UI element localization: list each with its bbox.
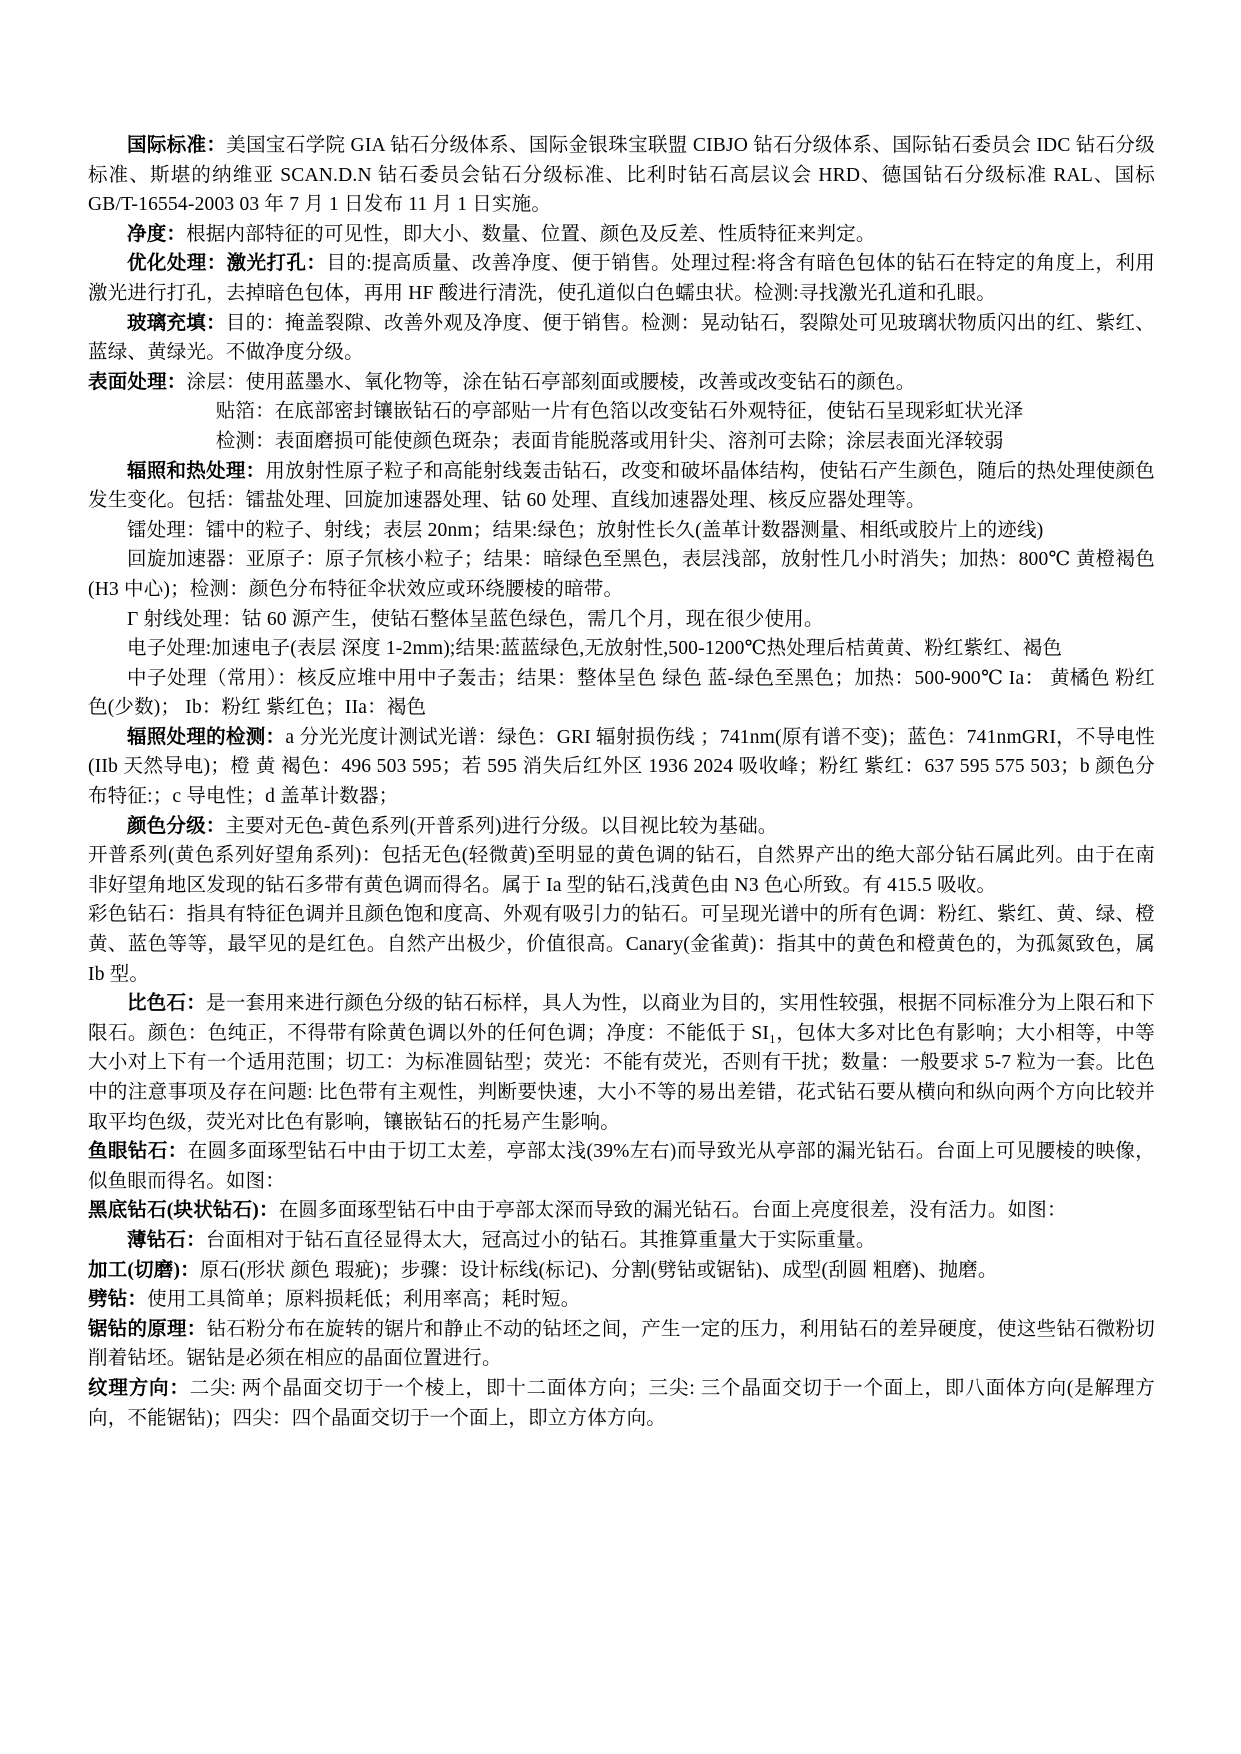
para-foil-backing: 贴箔：在底部密封镶嵌钻石的亭部贴一片有色箔以改变钻石外观特征，使钻石呈现彩虹状光… xyxy=(88,397,1155,427)
term-color-grading: 颜色分级： xyxy=(127,816,226,837)
para-text: 使用工具简单；原料损耗低；利用率高；耗时短。 xyxy=(147,1289,580,1310)
para-text: 检测：表面磨损可能使颜色斑杂；表面肯能脱落或用针尖、溶剂可去除；涂层表面光泽较弱 xyxy=(216,431,1004,452)
term-fisheye-diamond: 鱼眼钻石： xyxy=(88,1141,188,1162)
para-clarity: 净度：根据内部特征的可见性，即大小、数量、位置、颜色及反差、性质特征来判定。 xyxy=(88,220,1155,250)
para-radium-treatment: 镭处理：镭中的粒子、射线；表层 20nm；结果:绿色；放射性长久(盖革计数器测量… xyxy=(88,516,1155,546)
document-page: 国际标准：美国宝石学院 GIA 钻石分级体系、国际金银珠宝联盟 CIBJO 钻石… xyxy=(0,0,1241,1754)
term-sawing-principle: 锯钻的原理： xyxy=(88,1319,207,1340)
para-text: 原石(形状 颜色 瑕疵)；步骤：设计标线(标记)、分割(劈钻或锯钻)、成型(刮圆… xyxy=(200,1260,998,1281)
para-text: 是一套用来进行颜色分级的钻石标样，具人为性，以商业为目的，实用性较强，根据不同标… xyxy=(88,993,1155,1132)
term-master-stones: 比色石： xyxy=(127,993,206,1014)
term-irradiation-detection: 辐照处理的检测： xyxy=(127,727,285,748)
para-text: Γ 射线处理：钴 60 源产生，使钻石整体呈蓝色绿色，需几个月，现在很少使用。 xyxy=(127,609,824,630)
para-glass-filling: 玻璃充填：目的：掩盖裂隙、改善外观及净度、便于销售。检测：晃动钻石，裂隙处可见玻… xyxy=(88,309,1155,368)
para-neutron-treatment: 中子处理（常用）：核反应堆中用中子轰击；结果：整体呈色 绿色 蓝-绿色至黑色；加… xyxy=(88,664,1155,723)
para-text: 镭处理：镭中的粒子、射线；表层 20nm；结果:绿色；放射性长久(盖革计数器测量… xyxy=(127,520,1043,541)
para-surface-treatment-coating: 表面处理：涂层：使用蓝墨水、氧化物等，涂在钻石亭部刻面或腰棱，改善或改变钻石的颜… xyxy=(88,368,1155,398)
term-surface-treatment: 表面处理： xyxy=(88,372,187,393)
para-text: 在圆多面琢型钻石中由于亭部太深而导致的漏光钻石。台面上亮度很差，没有活力。如图： xyxy=(279,1200,1067,1221)
para-text: 二尖: 两个晶面交切于一个棱上，即十二面体方向；三尖: 三个晶面交切于一个面上，… xyxy=(88,1378,1155,1429)
para-irradiation-heat-treatment: 辐照和热处理：用放射性原子粒子和高能射线轰击钻石，改变和破坏晶体结构，使钻石产生… xyxy=(88,457,1155,516)
term-cleaving: 劈钻： xyxy=(88,1289,147,1310)
para-electron-treatment: 电子处理:加速电子(表层 深度 1-2mm);结果:蓝蓝绿色,无放射性,500-… xyxy=(88,634,1155,664)
para-irradiation-detection: 辐照处理的检测：a 分光光度计测试光谱：绿色：GRI 辐射损伤线 ；741nm(… xyxy=(88,723,1155,812)
para-color-grading: 颜色分级：主要对无色-黄色系列(开普系列)进行分级。以目视比较为基础。 xyxy=(88,812,1155,842)
para-text: 根据内部特征的可见性，即大小、数量、位置、颜色及反差、性质特征来判定。 xyxy=(186,224,876,245)
para-cleaving: 劈钻：使用工具简单；原料损耗低；利用率高；耗时短。 xyxy=(88,1285,1155,1315)
term-processing-cutting: 加工(切磨)： xyxy=(88,1260,200,1281)
term-glass-filling: 玻璃充填： xyxy=(127,313,226,334)
term-black-bottom-diamond: 黑底钻石(块状钻石)： xyxy=(88,1200,279,1221)
term-thin-diamond: 薄钻石： xyxy=(127,1230,206,1251)
para-fancy-color-diamond: 彩色钻石：指具有特征色调并且颜色饱和度高、外观有吸引力的钻石。可呈现光谱中的所有… xyxy=(88,900,1155,989)
term-irradiation-heat-treatment: 辐照和热处理： xyxy=(127,461,265,482)
para-cyclotron-treatment: 回旋加速器：亚原子：原子氘核小粒子；结果：暗绿色至黑色，表层浅部，放射性几小时消… xyxy=(88,545,1155,604)
para-text: 台面相对于钻石直径显得太大，冠高过小的钻石。其推算重量大于实际重量。 xyxy=(206,1230,876,1251)
para-thin-diamond: 薄钻石：台面相对于钻石直径显得太大，冠高过小的钻石。其推算重量大于实际重量。 xyxy=(88,1226,1155,1256)
para-text: 目的：掩盖裂隙、改善外观及净度、便于销售。检测：晃动钻石，裂隙处可见玻璃状物质闪… xyxy=(88,313,1155,364)
para-coating-detection: 检测：表面磨损可能使颜色斑杂；表面肯能脱落或用针尖、溶剂可去除；涂层表面光泽较弱 xyxy=(88,427,1155,457)
para-text: 主要对无色-黄色系列(开普系列)进行分级。以目视比较为基础。 xyxy=(226,816,778,837)
para-black-bottom-diamond: 黑底钻石(块状钻石)：在圆多面琢型钻石中由于亭部太深而导致的漏光钻石。台面上亮度… xyxy=(88,1196,1155,1226)
para-text: 贴箔：在底部密封镶嵌钻石的亭部贴一片有色箔以改变钻石外观特征，使钻石呈现彩虹状光… xyxy=(216,401,1024,422)
term-international-standards: 国际标准： xyxy=(127,135,226,156)
para-text: 电子处理:加速电子(表层 深度 1-2mm);结果:蓝蓝绿色,无放射性,500-… xyxy=(127,638,1062,659)
para-master-stones: 比色石：是一套用来进行颜色分级的钻石标样，具人为性，以商业为目的，实用性较强，根… xyxy=(88,989,1155,1137)
para-sawing-principle: 锯钻的原理：钻石粉分布在旋转的锯片和静止不动的钻坯之间，产生一定的压力，利用钻石… xyxy=(88,1315,1155,1374)
para-text: 中子处理（常用）：核反应堆中用中子轰击；结果：整体呈色 绿色 蓝-绿色至黑色；加… xyxy=(88,668,1155,719)
para-text: 钻石粉分布在旋转的锯片和静止不动的钻坯之间，产生一定的压力，利用钻石的差异硬度，… xyxy=(88,1319,1155,1370)
para-international-standards: 国际标准：美国宝石学院 GIA 钻石分级体系、国际金银珠宝联盟 CIBJO 钻石… xyxy=(88,131,1155,220)
para-text: 彩色钻石：指具有特征色调并且颜色饱和度高、外观有吸引力的钻石。可呈现光谱中的所有… xyxy=(88,904,1155,984)
term-clarity: 净度： xyxy=(127,224,186,245)
para-text: 涂层：使用蓝墨水、氧化物等，涂在钻石亭部刻面或腰棱，改善或改变钻石的颜色。 xyxy=(187,372,916,393)
para-text: 回旋加速器：亚原子：原子氘核小粒子；结果：暗绿色至黑色，表层浅部，放射性几小时消… xyxy=(88,549,1155,600)
para-text: 在圆多面琢型钻石中由于切工太差，亭部太浅(39%左右)而导致光从亭部的漏光钻石。… xyxy=(88,1141,1155,1192)
term-laser-drilling: 优化处理：激光打孔： xyxy=(127,253,326,274)
para-grain-direction: 纹理方向：二尖: 两个晶面交切于一个棱上，即十二面体方向；三尖: 三个晶面交切于… xyxy=(88,1374,1155,1433)
para-text: 美国宝石学院 GIA 钻石分级体系、国际金银珠宝联盟 CIBJO 钻石分级体系、… xyxy=(88,135,1155,215)
para-text: 开普系列(黄色系列好望角系列)：包括无色(轻微黄)至明显的黄色调的钻石，自然界产… xyxy=(88,845,1155,896)
para-gamma-ray-treatment: Γ 射线处理：钴 60 源产生，使钻石整体呈蓝色绿色，需几个月，现在很少使用。 xyxy=(88,605,1155,635)
para-cape-series: 开普系列(黄色系列好望角系列)：包括无色(轻微黄)至明显的黄色调的钻石，自然界产… xyxy=(88,841,1155,900)
para-optimization-laser-drilling: 优化处理：激光打孔：目的:提高质量、改善净度、便于销售。处理过程:将含有暗色包体… xyxy=(88,249,1155,308)
term-grain-direction: 纹理方向： xyxy=(88,1378,190,1399)
para-processing-cutting: 加工(切磨)：原石(形状 颜色 瑕疵)；步骤：设计标线(标记)、分割(劈钻或锯钻… xyxy=(88,1256,1155,1286)
para-fisheye-diamond: 鱼眼钻石：在圆多面琢型钻石中由于切工太差，亭部太浅(39%左右)而导致光从亭部的… xyxy=(88,1137,1155,1196)
